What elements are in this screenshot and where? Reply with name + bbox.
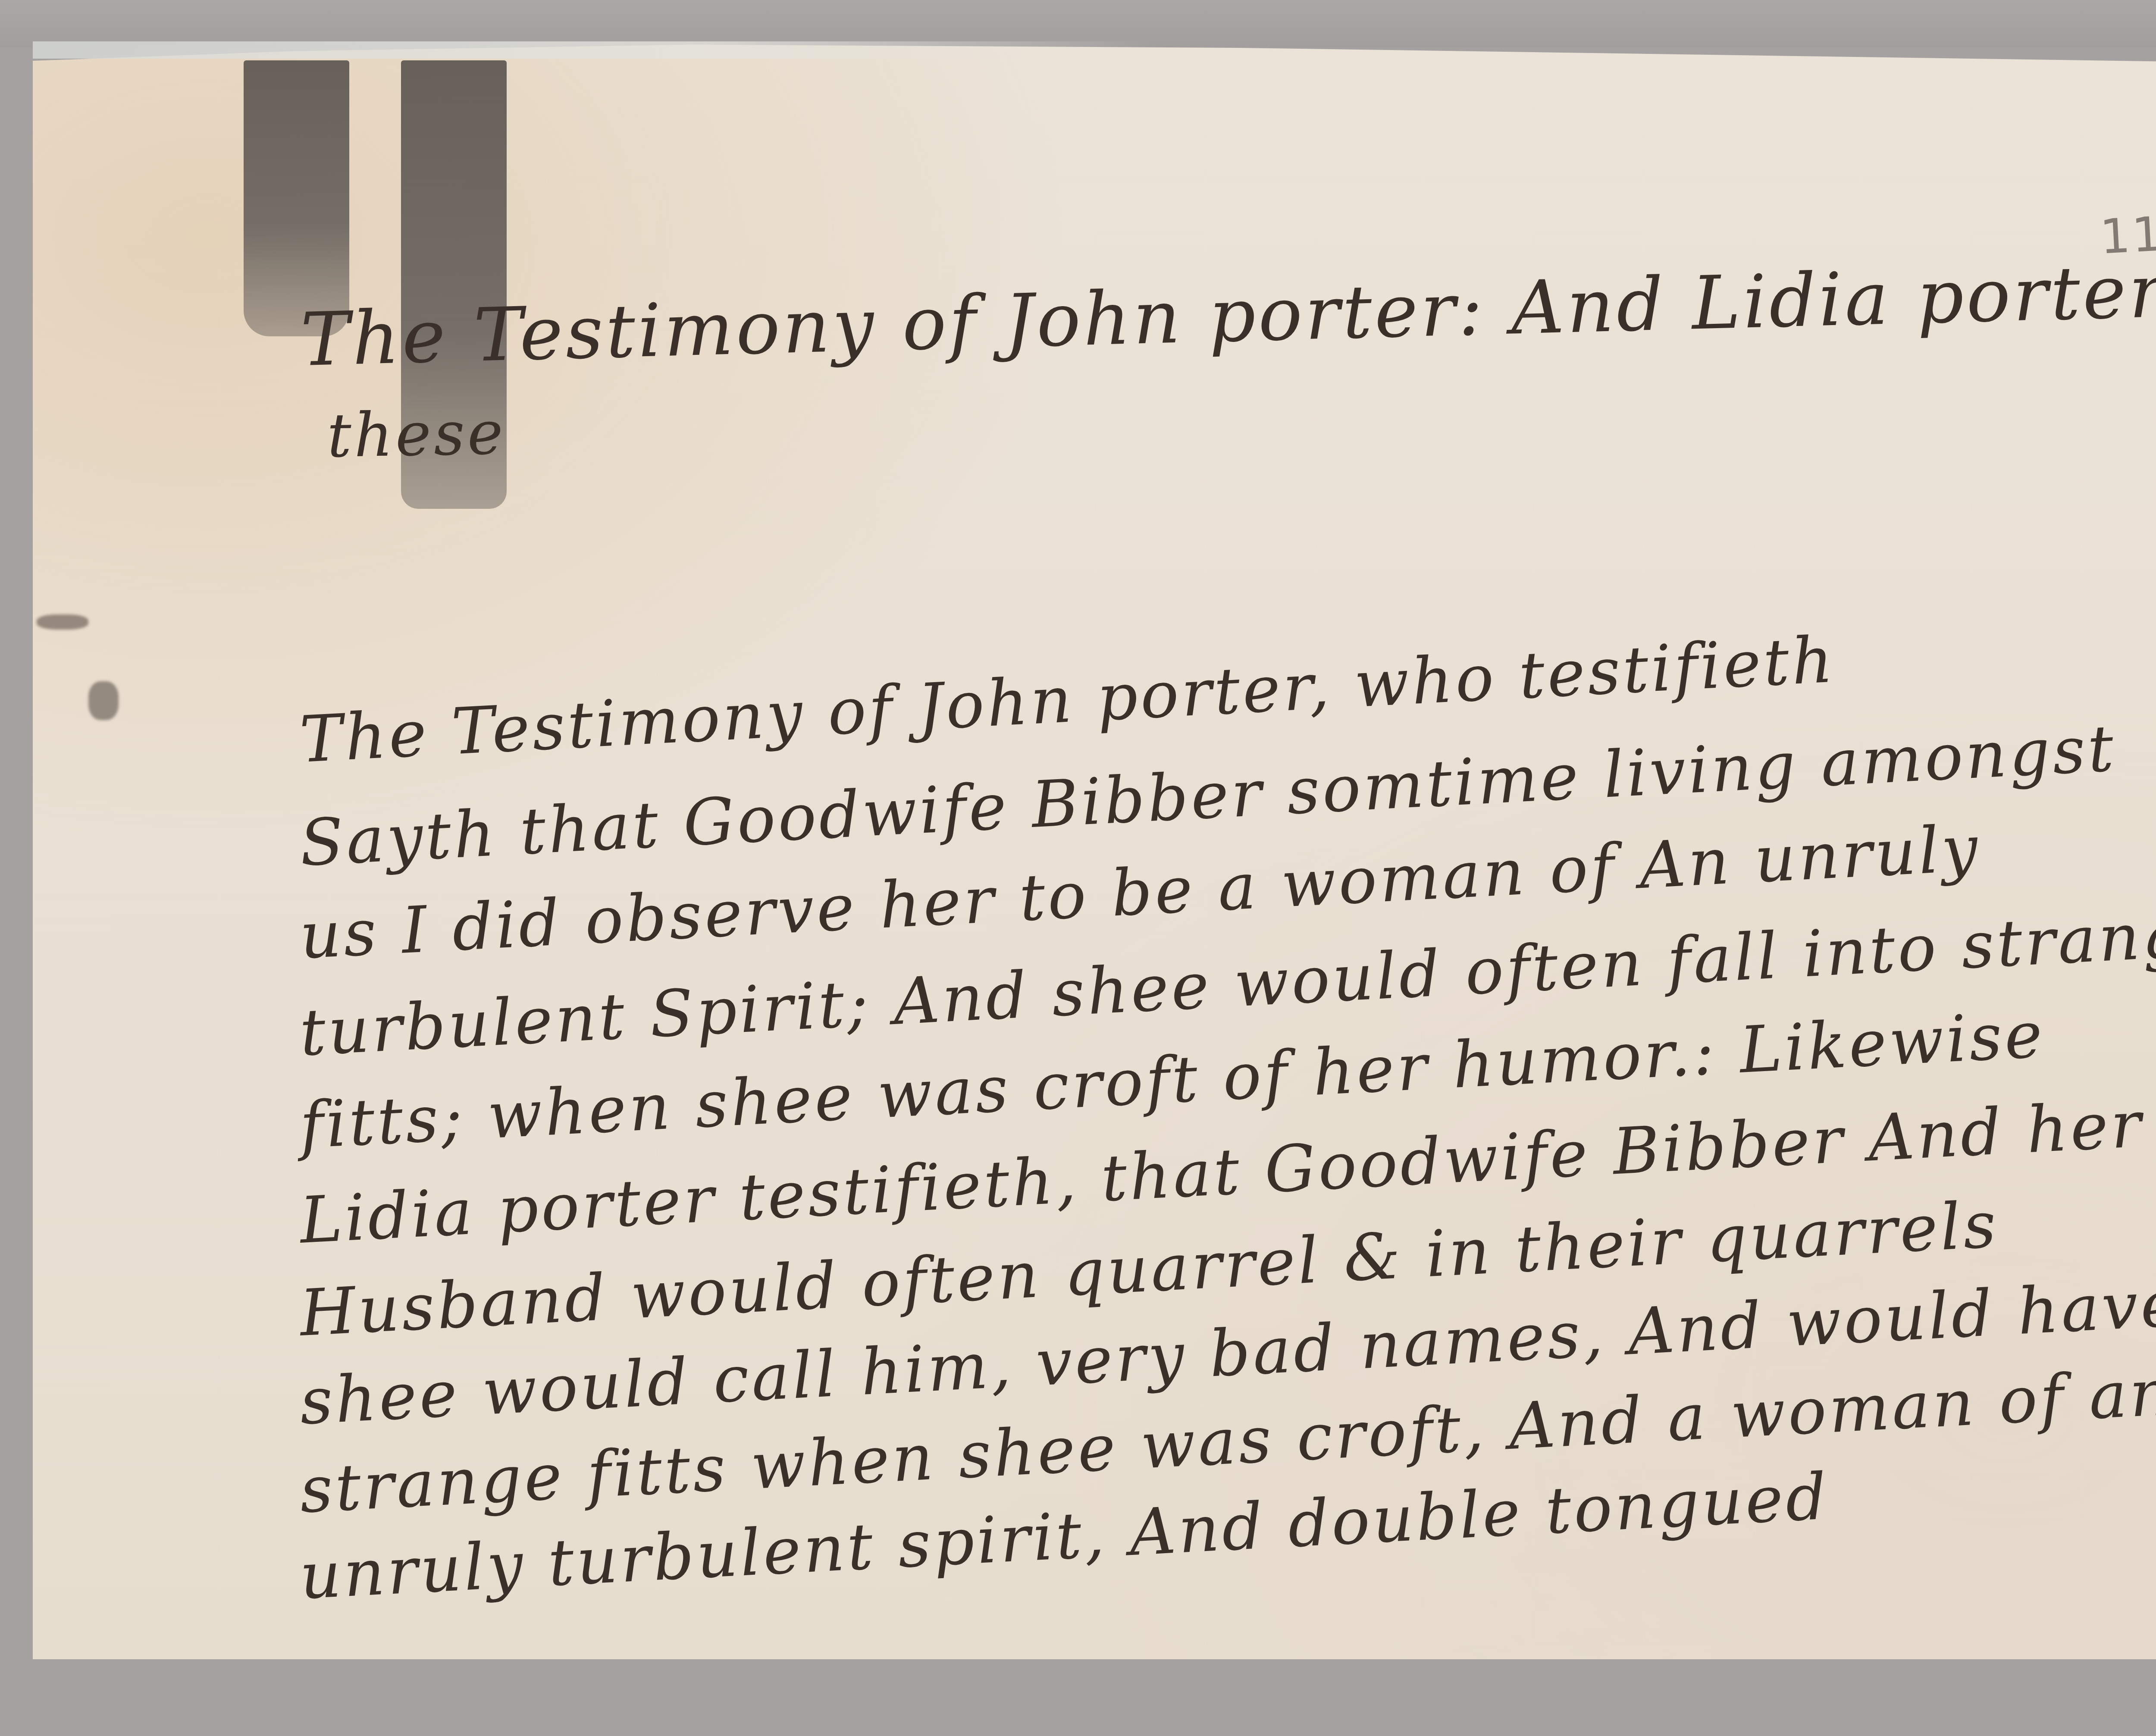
scan-backdrop — [0, 0, 2156, 47]
heading-line-2: these — [326, 398, 506, 471]
paper-top-edge — [33, 41, 1154, 59]
ink-blot-left — [244, 60, 349, 336]
ink-stain-mark — [37, 614, 88, 630]
ink-stain-mark — [88, 681, 119, 720]
